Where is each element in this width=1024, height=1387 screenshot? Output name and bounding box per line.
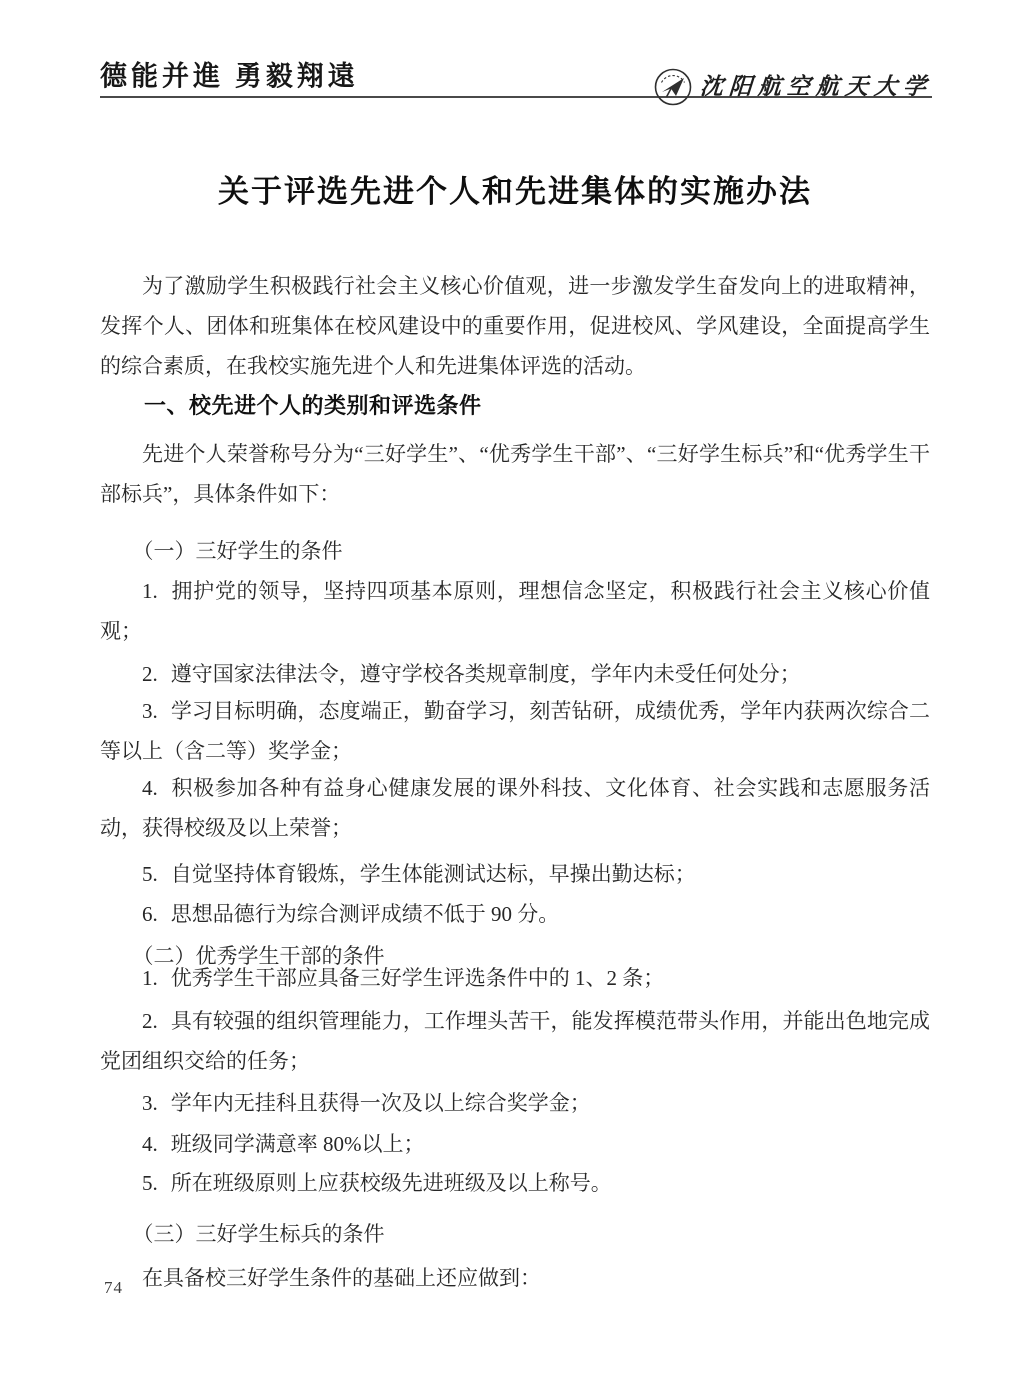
item-text: 优秀学生干部应具备三好学生评选条件中的 1、2 条； xyxy=(171,966,665,990)
list-item: 4.班级同学满意率 80%以上； xyxy=(100,1124,930,1164)
page-header: 德能并進 勇毅翔遠 沈阳航空航天大学 xyxy=(100,54,932,98)
item-number: 3. xyxy=(142,699,158,723)
list-item: 5.所在班级原则上应获校级先进班级及以上称号。 xyxy=(100,1163,930,1203)
list-item: 5.自觉坚持体育锻炼，学生体能测试达标，早操出勤达标； xyxy=(100,854,930,894)
item-number: 2. xyxy=(142,1009,158,1033)
university-logo: 沈阳航空航天大学 xyxy=(653,67,932,107)
list-item: 1.优秀学生干部应具备三好学生评选条件中的 1、2 条； xyxy=(100,958,930,998)
item-number: 5. xyxy=(142,862,158,886)
subsection-3-heading: （三）三好学生标兵的条件 xyxy=(100,1214,930,1254)
list-item: 2.具有较强的组织管理能力，工作埋头苦干，能发挥模范带头作用，并能出色地完成党团… xyxy=(100,1001,930,1081)
item-number: 1. xyxy=(142,966,158,990)
school-motto-calligraphy: 德能并進 勇毅翔遠 xyxy=(100,54,359,97)
item-text: 积极参加各种有益身心健康发展的课外科技、文化体育、社会实践和志愿服务活动，获得校… xyxy=(100,776,930,840)
item-text: 学习目标明确，态度端正，勤奋学习，刻苦钻研，成绩优秀，学年内获两次综合二等以上（… xyxy=(100,699,930,763)
document-body: 关于评选先进个人和先进集体的实施办法 为了激励学生积极践行社会主义核心价值观，进… xyxy=(100,171,930,1298)
item-text: 遵守国家法律法令，遵守学校各类规章制度，学年内未受任何处分； xyxy=(171,662,801,686)
item-text: 所在班级原则上应获校级先进班级及以上称号。 xyxy=(171,1171,612,1195)
list-item: 3.学年内无挂科且获得一次及以上综合奖学金； xyxy=(100,1083,930,1123)
document-page: 德能并進 勇毅翔遠 沈阳航空航天大学 关于评选先进个人和先进集体的实施办法 为了… xyxy=(0,0,1024,1387)
university-name-calligraphy: 沈阳航空航天大学 xyxy=(699,68,934,107)
item-text: 拥护党的领导，坚持四项基本原则，理想信念坚定，积极践行社会主义核心价值观； xyxy=(100,579,930,643)
document-title: 关于评选先进个人和先进集体的实施办法 xyxy=(100,171,930,213)
section-1-intro: 先进个人荣誉称号分为“三好学生”、“优秀学生干部”、“三好学生标兵”和“优秀学生… xyxy=(100,434,930,514)
list-item: 3.学习目标明确，态度端正，勤奋学习，刻苦钻研，成绩优秀，学年内获两次综合二等以… xyxy=(100,691,930,771)
section-1-heading: 一、校先进个人的类别和评选条件 xyxy=(100,386,930,426)
paper-plane-emblem-icon xyxy=(653,67,693,107)
item-number: 4. xyxy=(142,1132,158,1156)
item-number: 1. xyxy=(142,579,158,603)
item-number: 4. xyxy=(142,776,158,800)
subsection-1-heading: （一）三好学生的条件 xyxy=(100,531,930,571)
page-number: 74 xyxy=(104,1278,123,1298)
item-number: 2. xyxy=(142,662,158,686)
item-number: 6. xyxy=(142,902,158,926)
item-number: 3. xyxy=(142,1091,158,1115)
list-item: 2.遵守国家法律法令，遵守学校各类规章制度，学年内未受任何处分； xyxy=(100,654,930,694)
list-item: 6.思想品德行为综合测评成绩不低于 90 分。 xyxy=(100,894,930,934)
item-text: 具有较强的组织管理能力，工作埋头苦干，能发挥模范带头作用，并能出色地完成党团组织… xyxy=(100,1009,930,1073)
subsection-3-intro: 在具备校三好学生条件的基础上还应做到： xyxy=(100,1258,930,1298)
item-text: 班级同学满意率 80%以上； xyxy=(171,1132,425,1156)
item-number: 5. xyxy=(142,1171,158,1195)
item-text: 自觉坚持体育锻炼，学生体能测试达标，早操出勤达标； xyxy=(171,862,696,886)
list-item: 1.拥护党的领导，坚持四项基本原则，理想信念坚定，积极践行社会主义核心价值观； xyxy=(100,571,930,651)
item-text: 学年内无挂科且获得一次及以上综合奖学金； xyxy=(171,1091,591,1115)
list-item: 4.积极参加各种有益身心健康发展的课外科技、文化体育、社会实践和志愿服务活动，获… xyxy=(100,768,930,848)
intro-paragraph: 为了激励学生积极践行社会主义核心价值观，进一步激发学生奋发向上的进取精神，发挥个… xyxy=(100,266,930,386)
item-text: 思想品德行为综合测评成绩不低于 90 分。 xyxy=(171,902,560,926)
